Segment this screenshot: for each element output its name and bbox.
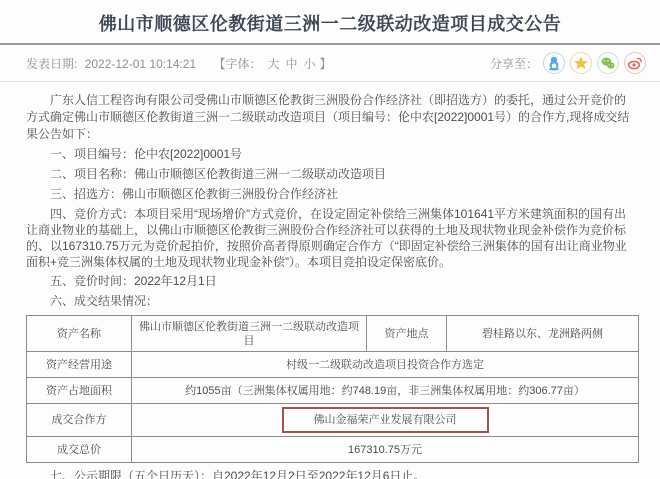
table-row: 资产占地面积 约1055亩（三洲集体权属用地：约748.19亩，非三洲集体权属用… bbox=[27, 378, 639, 404]
share-label: 分享至： bbox=[490, 55, 538, 72]
font-size-medium[interactable]: 中 bbox=[286, 57, 298, 71]
cell-asset-location-value: 碧桂路以东、龙洲路两侧 bbox=[447, 316, 639, 352]
meta-bar: 发表日期: 2022-12-01 10:14:21 【字体：大中小】 分享至： bbox=[0, 45, 660, 82]
font-size-large[interactable]: 大 bbox=[267, 57, 279, 71]
cell-usage-value: 村级一二级联动改造项目投资合作方选定 bbox=[132, 352, 639, 378]
cell-partner-label: 成交合作方 bbox=[27, 404, 132, 437]
cell-area-value: 约1055亩（三洲集体权属用地：约748.19亩，非三洲集体权属用地：约306.… bbox=[132, 378, 639, 404]
qq-icon[interactable] bbox=[543, 52, 565, 74]
share-bar: 分享至： bbox=[490, 52, 646, 74]
table-row: 成交合作方 佛山金福荣产业发展有限公司 bbox=[27, 404, 639, 437]
font-size-small[interactable]: 小 bbox=[304, 57, 316, 71]
cell-asset-name-value: 佛山市顺德区伦教街道三洲一二级联动改造项目 bbox=[132, 316, 367, 352]
item-project-number: 一、项目编号：伦中农[2022]0001号 bbox=[26, 146, 634, 163]
announcement-body: 广东人信工程咨询有限公司受佛山市顺德区伦教街三洲股份合作经济社（即招选方）的委托… bbox=[0, 82, 660, 479]
cell-area-label: 资产占地面积 bbox=[27, 378, 132, 404]
weibo-icon[interactable] bbox=[624, 52, 646, 74]
table-row: 资产名称 佛山市顺德区伦教街道三洲一二级联动改造项目 资产地点 碧桂路以东、龙洲… bbox=[27, 316, 639, 352]
publish-info: 发表日期: 2022-12-01 10:14:21 【字体：大中小】 bbox=[26, 55, 336, 72]
item-project-name: 二、项目名称：佛山市顺德区伦教街道三洲一二级联动改造项目 bbox=[26, 166, 634, 183]
item-publicity-period: 七、公示期限（五个日历天）：自2022年12月2日至2022年12月6日止。 bbox=[26, 468, 634, 479]
item-inviting-party: 三、招选方：佛山市顺德区伦教街三洲股份合作经济社 bbox=[26, 186, 634, 203]
table-row: 成交总价 167310.75万元 bbox=[27, 437, 639, 463]
intro-paragraph: 广东人信工程咨询有限公司受佛山市顺德区伦教街三洲股份合作经济社（即招选方）的委托… bbox=[26, 92, 634, 143]
font-size-suffix: 】 bbox=[320, 57, 332, 71]
result-table: 资产名称 佛山市顺德区伦教街道三洲一二级联动改造项目 资产地点 碧桂路以东、龙洲… bbox=[26, 315, 639, 463]
item-bidding-time: 五、竞价时间：2022年12月1日 bbox=[26, 273, 634, 290]
deal-partner-highlight: 佛山金福荣产业发展有限公司 bbox=[282, 407, 489, 433]
cell-usage-label: 资产经营用途 bbox=[27, 352, 132, 378]
cell-price-value: 167310.75万元 bbox=[132, 437, 639, 463]
announcement-page: 佛山市顺德区伦教街道三洲一二级联动改造项目成交公告 发表日期: 2022-12-… bbox=[0, 0, 660, 479]
cell-asset-location-label: 资产地点 bbox=[367, 316, 447, 352]
publish-date-label: 发表日期: bbox=[26, 57, 77, 71]
publish-date-value: 2022-12-01 10:14:21 bbox=[85, 57, 196, 71]
qzone-star-icon[interactable] bbox=[570, 52, 592, 74]
page-title: 佛山市顺德区伦教街道三洲一二级联动改造项目成交公告 bbox=[0, 0, 660, 36]
cell-partner-value: 佛山金福荣产业发展有限公司 bbox=[132, 404, 639, 437]
cell-price-label: 成交总价 bbox=[27, 437, 132, 463]
item-bidding-method: 四、竞价方式：本项目采用“现场增价”方式竞价，在设定固定补偿给三洲集体10164… bbox=[26, 206, 634, 270]
item-result-heading: 六、成交结果情况： bbox=[26, 293, 634, 310]
table-row: 资产经营用途 村级一二级联动改造项目投资合作方选定 bbox=[27, 352, 639, 378]
wechat-icon[interactable] bbox=[597, 52, 619, 74]
cell-asset-name-label: 资产名称 bbox=[27, 316, 132, 352]
font-size-prefix: 【字体： bbox=[213, 57, 261, 71]
